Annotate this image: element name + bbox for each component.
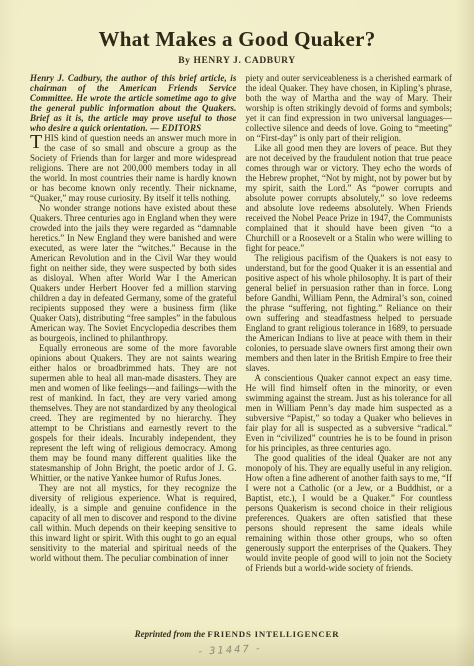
paragraph-lead: THIS kind of question needs an answer mu… bbox=[30, 133, 237, 203]
right-column: piety and outer serviceableness is a che… bbox=[246, 73, 453, 573]
article-byline: By HENRY J. CADBURY bbox=[0, 56, 474, 66]
drop-cap: T bbox=[30, 133, 44, 150]
paragraph: The good qualities of the ideal Quaker a… bbox=[246, 453, 453, 573]
left-column: Henry J. Cadbury, the author of this bri… bbox=[30, 73, 237, 573]
article-body: Henry J. Cadbury, the author of this bri… bbox=[30, 73, 452, 573]
reprint-prefix: Reprinted from the bbox=[135, 629, 206, 639]
editors-note: Henry J. Cadbury, the author of this bri… bbox=[30, 73, 237, 133]
paragraph: The religious pacifism of the Quakers is… bbox=[246, 253, 453, 373]
paragraph: No wonder strange notions have existed a… bbox=[30, 203, 237, 343]
paragraph: Equally erroneous are some of the more f… bbox=[30, 343, 237, 483]
scanned-article-page: What Makes a Good Quaker? By HENRY J. CA… bbox=[0, 0, 474, 666]
paragraph: A conscientious Quaker cannot expect an … bbox=[246, 373, 453, 453]
paragraph: Like all good men they are lovers of pea… bbox=[246, 143, 453, 253]
reprint-source: FRIENDS INTELLIGENCER bbox=[207, 629, 339, 639]
paragraph-continuation: piety and outer serviceableness is a che… bbox=[246, 73, 453, 143]
article-title: What Makes a Good Quaker? bbox=[0, 0, 474, 52]
paragraph: They are not all mystics, for they recog… bbox=[30, 483, 237, 563]
paragraph-text: HIS kind of question needs an answer muc… bbox=[30, 133, 237, 203]
